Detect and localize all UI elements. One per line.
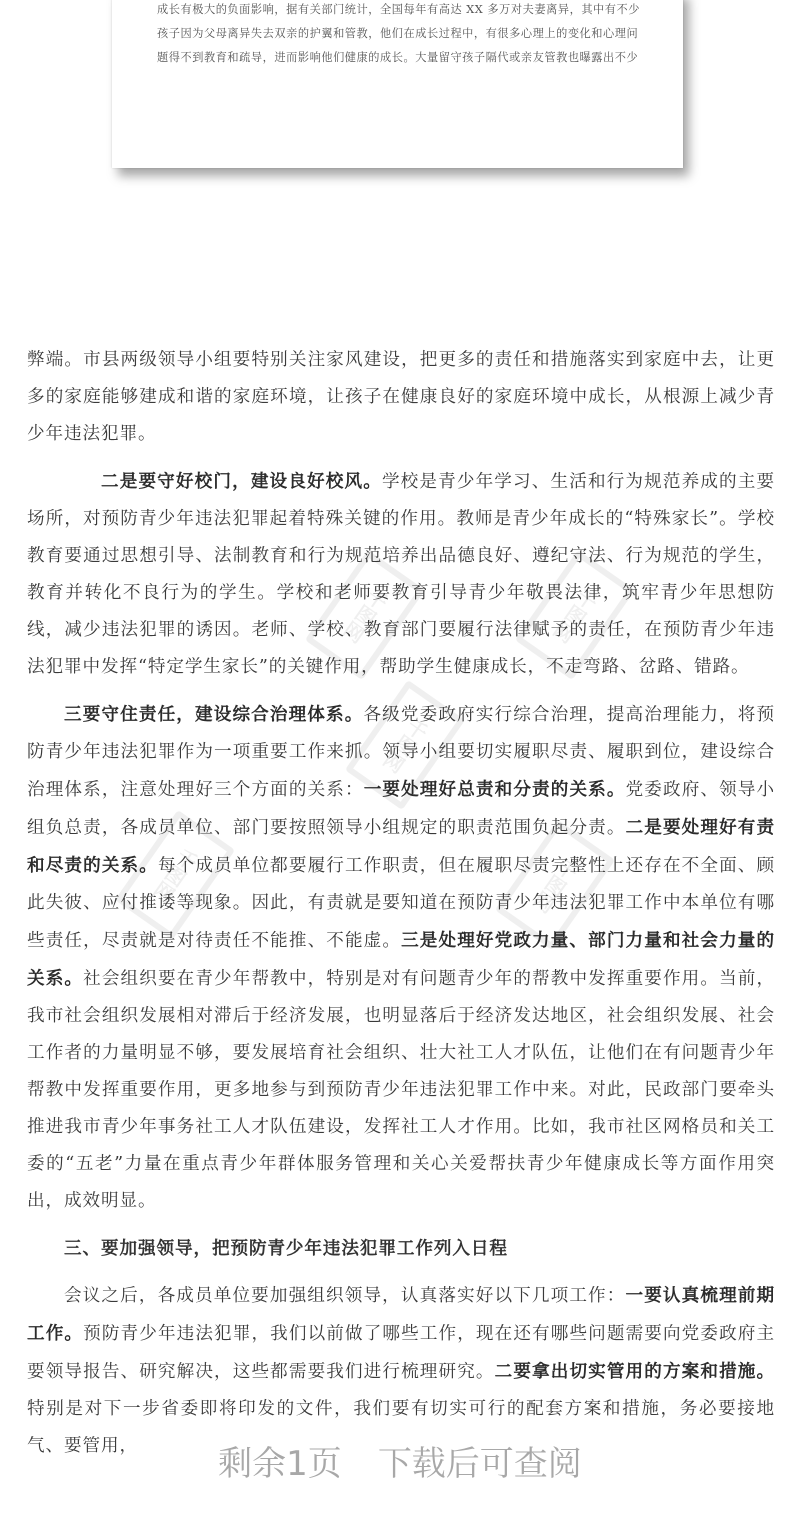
- paragraph-responsibility: 三要守住责任，建设综合治理体系。各级党委政府实行综合治理，提高治理能力，将预防青…: [27, 696, 775, 1220]
- section-heading: 三、要加强领导，把预防青少年违法犯罪工作列入日程: [27, 1230, 775, 1267]
- preview-page-card: 成长有极大的负面影响，据有关部门统计，全国每年有高达 XX 多万对夫妻离异，其中…: [112, 0, 683, 168]
- paragraph-text: 弊端。市县两级领导小组要特别关注家风建设，把更多的责任和措施落实到家庭中去，让更…: [27, 350, 775, 444]
- paragraph-lead-heading: 三要守住责任，建设综合治理体系。: [64, 704, 363, 725]
- preview-line: 题得不到教育和疏导，进而影响他们健康的成长。大量留守孩子隔代或亲友管教也曝露出不…: [157, 46, 647, 70]
- preview-page-text: 成长有极大的负面影响，据有关部门统计，全国每年有高达 XX 多万对夫妻离异，其中…: [157, 0, 647, 70]
- paragraph-school: 二是要守好校门，建设良好校风。学校是青少年学习、生活和行为规范养成的主要场所，对…: [27, 463, 775, 686]
- download-hint-label: 下载后可查阅: [378, 1444, 582, 1484]
- paragraph-text: 学校是青少年学习、生活和行为规范养成的主要场所，对预防青少年违法犯罪起着特殊关键…: [27, 472, 775, 677]
- preview-line: 成长有极大的负面影响，据有关部门统计，全国每年有高达 XX 多万对夫妻离异，其中…: [157, 0, 647, 22]
- paragraph-text: 社会组织要在青少年帮教中，特别是对有问题青少年的帮教中发挥重要作用。当前，我市社…: [27, 969, 775, 1211]
- remaining-pages-label: 剩余1页: [218, 1444, 342, 1484]
- paragraph-text: 会议之后，各成员单位要加强组织领导，认真落实好以下几项工作：: [64, 1286, 625, 1306]
- paragraph-lead-heading: 二是要守好校门，建设良好校风。: [101, 471, 382, 492]
- download-prompt[interactable]: 剩余1页下载后可查阅: [0, 1436, 800, 1485]
- inline-bold-point: 二要拿出切实管用的方案和措施。: [495, 1361, 775, 1382]
- inline-bold-point: 一要处理好总责和分责的关系。: [364, 779, 626, 800]
- paragraph-family-continuation: 弊端。市县两级领导小组要特别关注家风建设，把更多的责任和措施落实到家庭中去，让更…: [27, 342, 775, 453]
- document-body: 弊端。市县两级领导小组要特别关注家风建设，把更多的责任和措施落实到家庭中去，让更…: [27, 342, 775, 1465]
- preview-line: 孩子因为父母离异失去双亲的护翼和管教，他们在成长过程中，有很多心理上的变化和心理…: [157, 22, 647, 46]
